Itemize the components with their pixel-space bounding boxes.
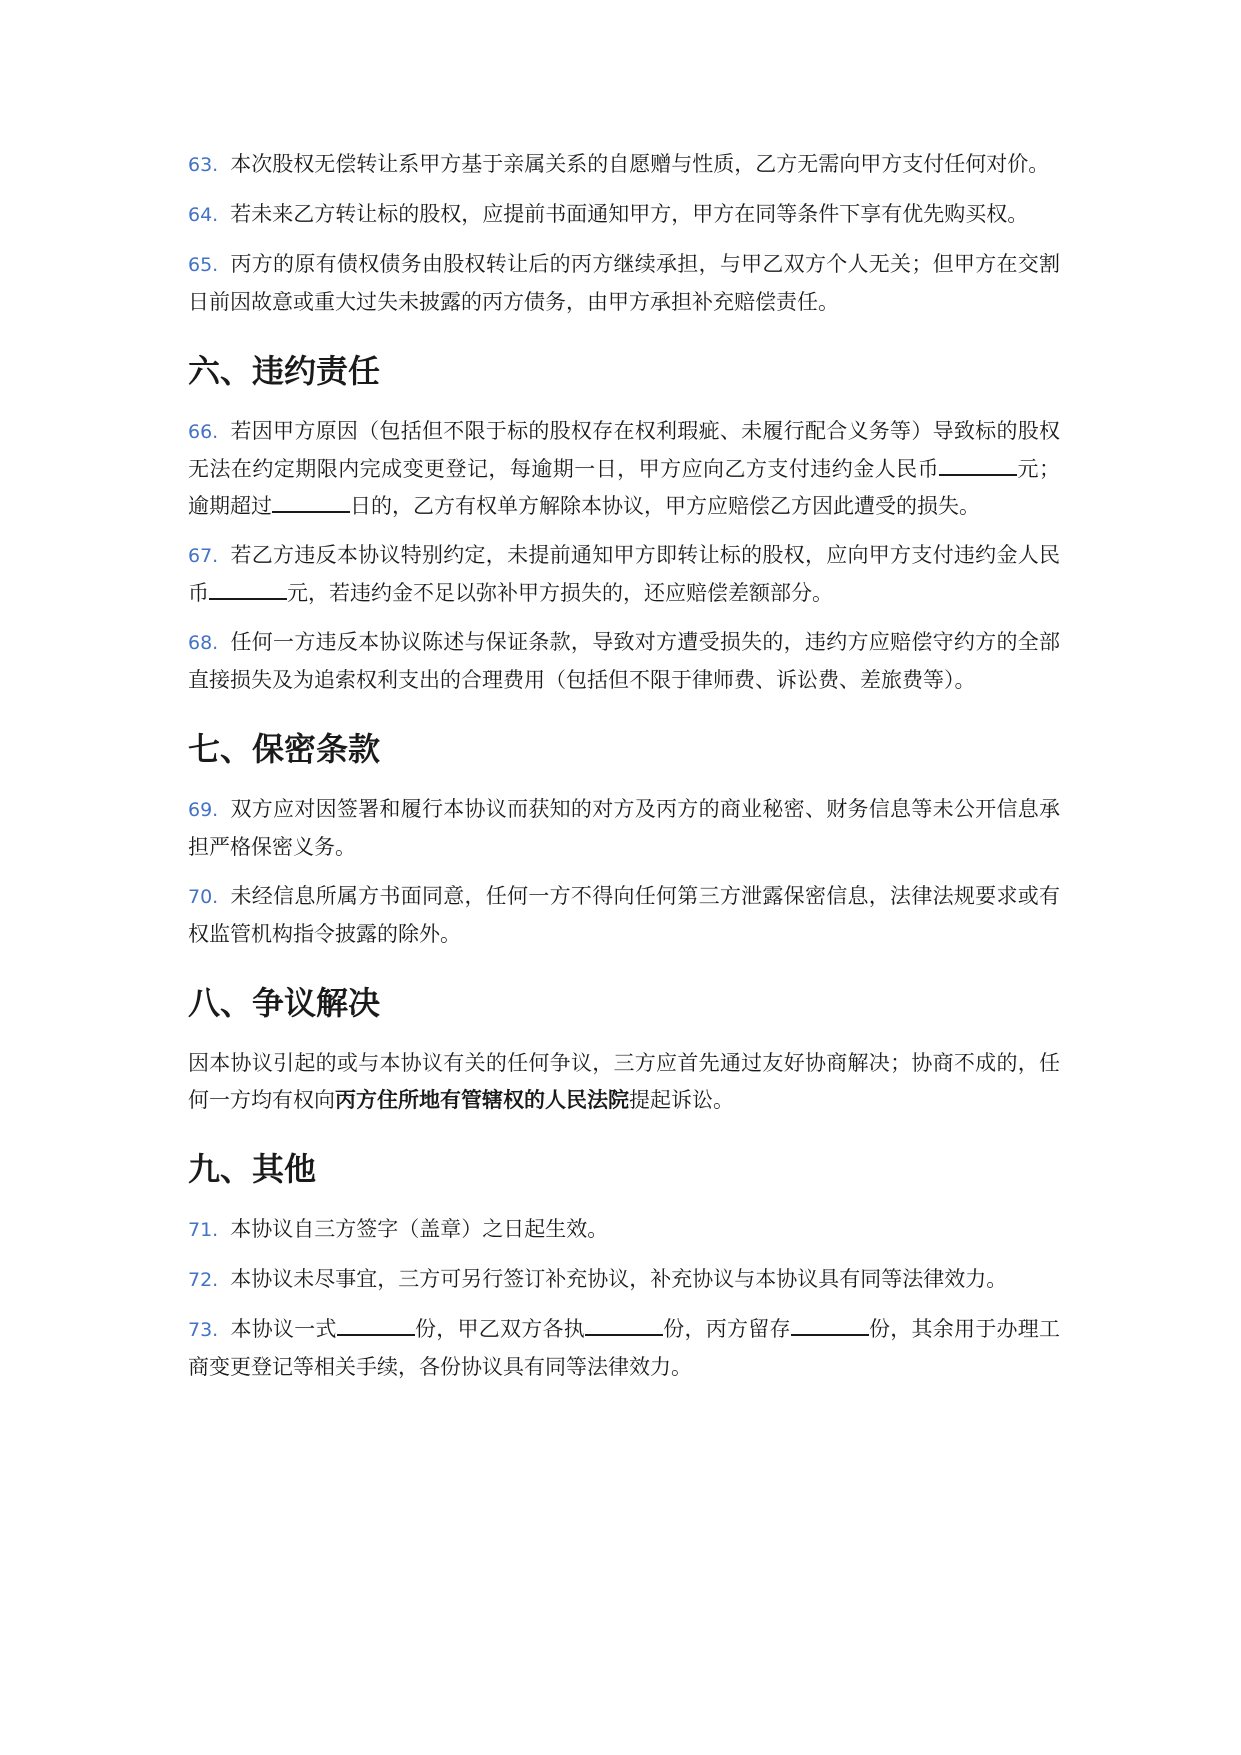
section-heading-confidentiality: 七、保密条款 <box>188 727 1060 771</box>
clause-text: 本协议未尽事宜，三方可另行签订补充协议，补充协议与本协议具有同等法律效力。 <box>230 1267 1007 1291</box>
clause-number: 64. <box>188 204 218 226</box>
clause-70: 70.未经信息所属方书面同意，任何一方不得向任何第三方泄露保密信息，法律法规要求… <box>188 878 1060 953</box>
clause-number: 63. <box>188 154 218 176</box>
clause-number: 66. <box>188 421 218 443</box>
section-heading-breach: 六、违约责任 <box>188 349 1060 393</box>
blank-field <box>272 489 350 513</box>
clause-73: 73.本协议一式份，甲乙双方各执份，丙方留存份，其余用于办理工商变更登记等相关手… <box>188 1311 1060 1386</box>
clause-65: 65.丙方的原有债权债务由股权转让后的丙方继续承担，与甲乙双方个人无关；但甲方在… <box>188 246 1060 321</box>
blank-field <box>585 1312 663 1336</box>
clause-text: 若因甲方原因（包括但不限于标的股权存在权利瑕疵、未履行配合义务等）导致标的股权无… <box>188 419 1060 481</box>
dispute-paragraph: 因本协议引起的或与本协议有关的任何争议，三方应首先通过友好协商解决；协商不成的，… <box>188 1045 1060 1119</box>
blank-field <box>791 1312 869 1336</box>
clause-text: 本协议自三方签字（盖章）之日起生效。 <box>230 1217 608 1241</box>
section-heading-other: 九、其他 <box>188 1147 1060 1191</box>
clause-number: 67. <box>188 545 218 567</box>
clause-number: 65. <box>188 254 218 276</box>
clause-text: 若未来乙方转让标的股权，应提前书面通知甲方，甲方在同等条件下享有优先购买权。 <box>230 202 1028 226</box>
clause-71: 71.本协议自三方签字（盖章）之日起生效。 <box>188 1211 1060 1249</box>
clause-text: 丙方的原有债权债务由股权转让后的丙方继续承担，与甲乙双方个人无关；但甲方在交割日… <box>188 252 1060 314</box>
section-heading-dispute: 八、争议解决 <box>188 981 1060 1025</box>
clause-number: 70. <box>188 886 218 908</box>
clause-text: 份，甲乙双方各执 <box>415 1317 585 1341</box>
clause-number: 71. <box>188 1219 218 1241</box>
clause-text: 双方应对因签署和履行本协议而获知的对方及丙方的商业秘密、财务信息等未公开信息承担… <box>188 797 1060 859</box>
clause-64: 64.若未来乙方转让标的股权，应提前书面通知甲方，甲方在同等条件下享有优先购买权… <box>188 196 1060 234</box>
clause-text: 本协议一式 <box>230 1317 337 1341</box>
blank-field <box>209 576 287 600</box>
clause-text: 任何一方违反本协议陈述与保证条款，导致对方遭受损失的，违约方应赔偿守约方的全部直… <box>188 630 1060 692</box>
clause-number: 69. <box>188 799 218 821</box>
clause-number: 68. <box>188 632 218 654</box>
clause-text: 日的，乙方有权单方解除本协议，甲方应赔偿乙方因此遭受的损失。 <box>350 494 980 518</box>
clause-68: 68.任何一方违反本协议陈述与保证条款，导致对方遭受损失的，违约方应赔偿守约方的… <box>188 624 1060 699</box>
clause-67: 67.若乙方违反本协议特别约定，未提前通知甲方即转让标的股权，应向甲方支付违约金… <box>188 537 1060 612</box>
paragraph-text: 提起诉讼。 <box>629 1088 734 1112</box>
clause-text: 份，丙方留存 <box>663 1317 791 1341</box>
clause-63: 63.本次股权无偿转让系甲方基于亲属关系的自愿赠与性质，乙方无需向甲方支付任何对… <box>188 146 1060 184</box>
court-emphasis: 丙方住所地有管辖权的人民法院 <box>335 1088 629 1112</box>
clause-72: 72.本协议未尽事宜，三方可另行签订补充协议，补充协议与本协议具有同等法律效力。 <box>188 1261 1060 1299</box>
clause-number: 73. <box>188 1319 218 1341</box>
clause-66: 66.若因甲方原因（包括但不限于标的股权存在权利瑕疵、未履行配合义务等）导致标的… <box>188 413 1060 525</box>
clause-text: 元，若违约金不足以弥补甲方损失的，还应赔偿差额部分。 <box>287 581 833 605</box>
blank-field <box>337 1312 415 1336</box>
document-page: 63.本次股权无偿转让系甲方基于亲属关系的自愿赠与性质，乙方无需向甲方支付任何对… <box>188 146 1060 1398</box>
blank-field <box>939 452 1017 476</box>
clause-number: 72. <box>188 1269 218 1291</box>
clause-69: 69.双方应对因签署和履行本协议而获知的对方及丙方的商业秘密、财务信息等未公开信… <box>188 791 1060 866</box>
clause-text: 未经信息所属方书面同意，任何一方不得向任何第三方泄露保密信息，法律法规要求或有权… <box>188 884 1060 946</box>
clause-text: 本次股权无偿转让系甲方基于亲属关系的自愿赠与性质，乙方无需向甲方支付任何对价。 <box>230 152 1049 176</box>
